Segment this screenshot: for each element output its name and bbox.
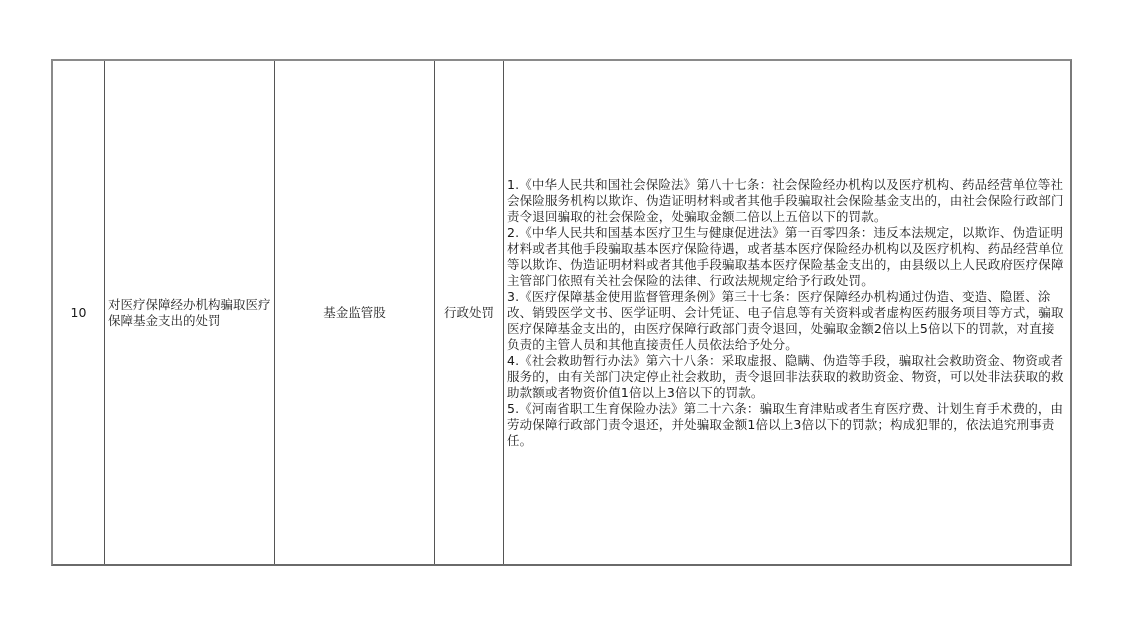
penalty-type-cell: 行政处罚 <box>435 61 504 564</box>
legal-basis-item: 2.《中华人民共和国基本医疗卫生与健康促进法》第一百零四条：违反本法规定，以欺诈… <box>507 225 1066 289</box>
row-number: 10 <box>71 305 87 321</box>
department-cell: 基金监管股 <box>275 61 435 564</box>
legal-basis-item: 4.《社会救助暂行办法》第六十八条：采取虚报、隐瞒、伪造等手段，骗取社会救助资金… <box>507 353 1066 401</box>
legal-basis-item: 5.《河南省职工生育保险办法》第二十六条：骗取生育津贴或者生育医疗费、计划生育手… <box>507 401 1066 449</box>
legal-basis-item: 3.《医疗保障基金使用监督管理条例》第三十七条：医疗保障经办机构通过伪造、变造、… <box>507 289 1066 353</box>
penalty-table: 10 对医疗保障经办机构骗取医疗保障基金支出的处罚 基金监管股 行政处罚 1.《… <box>51 59 1072 566</box>
item-name-cell: 对医疗保障经办机构骗取医疗保障基金支出的处罚 <box>105 61 275 564</box>
legal-basis-list: 1.《中华人民共和国社会保险法》第八十七条：社会保险经办机构以及医疗机构、药品经… <box>507 177 1066 449</box>
department: 基金监管股 <box>323 305 386 321</box>
item-name: 对医疗保障经办机构骗取医疗保障基金支出的处罚 <box>108 297 271 329</box>
row-number-cell: 10 <box>53 61 105 564</box>
penalty-type: 行政处罚 <box>444 305 494 321</box>
legal-basis-item: 1.《中华人民共和国社会保险法》第八十七条：社会保险经办机构以及医疗机构、药品经… <box>507 177 1066 225</box>
legal-basis-cell: 1.《中华人民共和国社会保险法》第八十七条：社会保险经办机构以及医疗机构、药品经… <box>504 61 1070 564</box>
